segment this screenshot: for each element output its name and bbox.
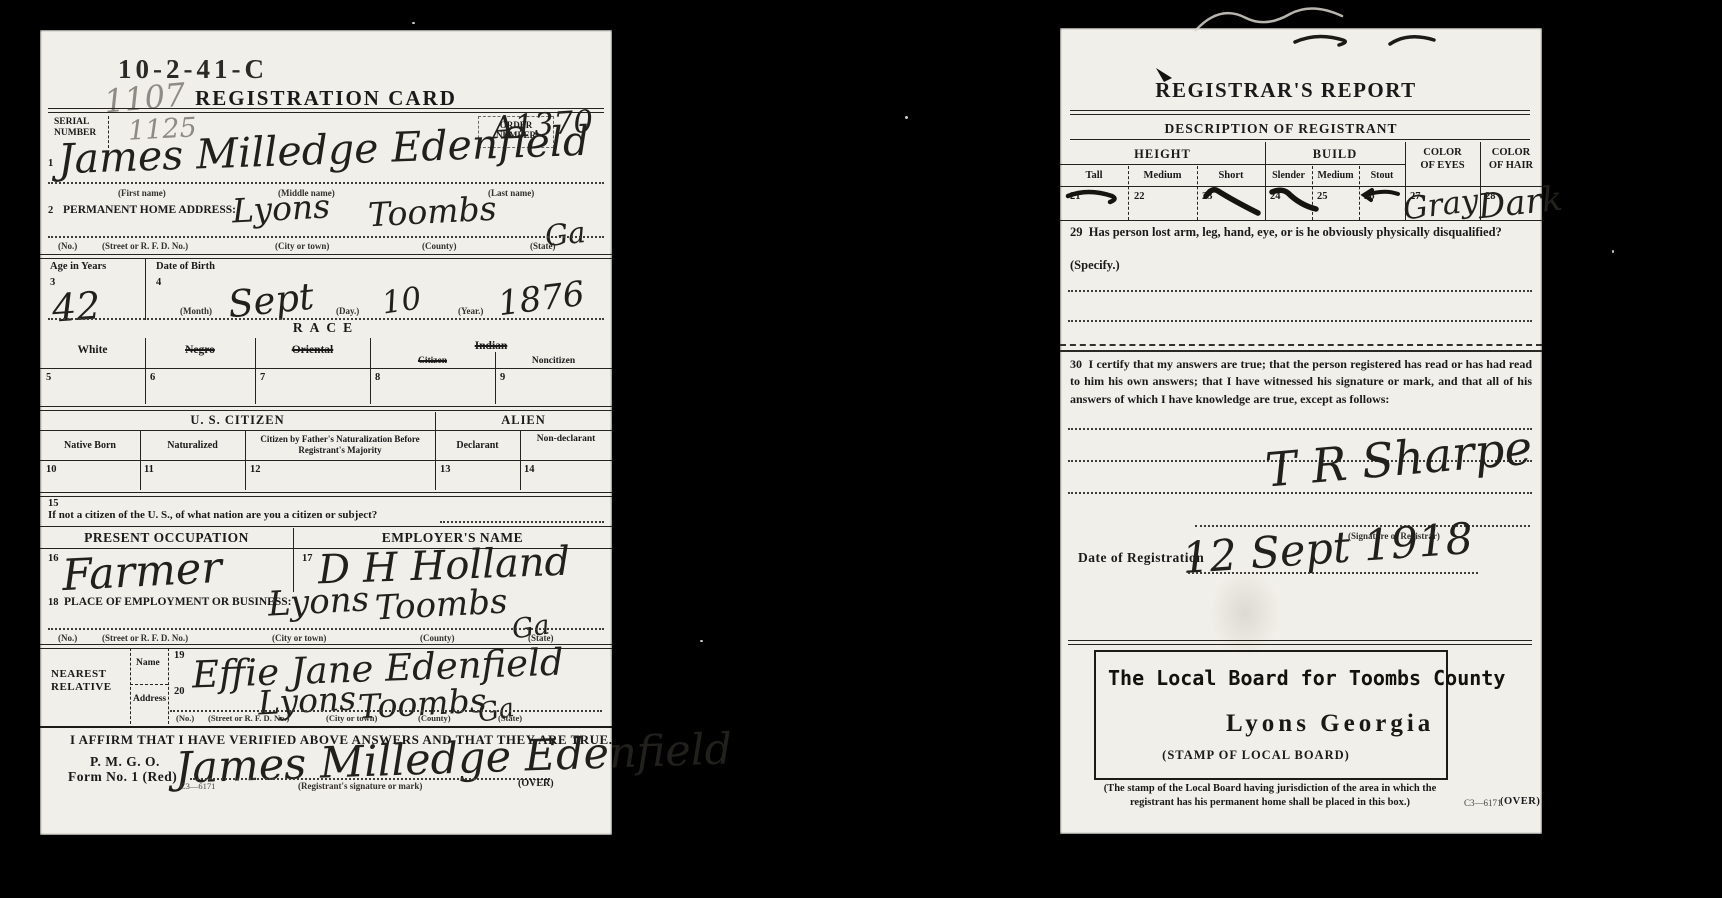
address-city-handwriting: Lyons (231, 189, 331, 227)
nearest-relative-label-line1: NEAREST (51, 668, 106, 680)
eyes-header: COLOR OF EYES (1405, 146, 1480, 172)
question-16-number: 16 (48, 553, 59, 564)
stamp-line-1: The Local Board for Toombs County (1108, 666, 1505, 690)
home-address-label: PERMANENT HOME ADDRESS: (63, 204, 236, 216)
relative-county-sublabel: (County) (418, 713, 451, 723)
question-18-number: 18 (48, 597, 59, 608)
native-born-label: Native Born (40, 440, 140, 451)
form-organization: P. M. G. O. (90, 754, 160, 770)
citizen-box-14-number: 14 (524, 464, 535, 475)
address-county-sublabel: (County) (422, 241, 457, 251)
dotted-line (190, 778, 550, 780)
nearest-relative-block: NEAREST RELATIVE Name Address 19 20 Effi… (40, 648, 612, 724)
divider (145, 258, 146, 320)
relative-state-sublabel: (State) (498, 713, 522, 723)
employment-city-sublabel: (City or town) (272, 633, 326, 643)
serial-label-line1: SERIAL (54, 117, 89, 127)
birth-day-handwriting: 10 (380, 283, 423, 319)
description-subtitle: DESCRIPTION OF REGISTRANT (1060, 121, 1502, 137)
question-2-number: 2 (48, 205, 53, 216)
divider (40, 726, 612, 728)
divider (130, 684, 168, 685)
naturalized-label: Naturalized (140, 440, 245, 451)
address-street-sublabel: (Street or R. F. D. No.) (102, 241, 188, 251)
day-sublabel: (Day.) (336, 306, 359, 316)
question-20-number: 20 (174, 686, 185, 697)
eyes-header-line2: OF EYES (1420, 160, 1464, 171)
form-print-code: C3—6171 (180, 781, 215, 791)
divider (130, 648, 131, 724)
divider (40, 460, 612, 461)
non-declarant-label: Non-declarant (524, 434, 608, 445)
over-label: (OVER) (518, 778, 554, 789)
race-indian-label: Indian (370, 340, 612, 352)
citizenship-table: U. S. CITIZEN ALIEN Native Born Naturali… (40, 412, 612, 490)
citizen-box-13-number: 13 (440, 464, 451, 475)
dotted-line (170, 710, 602, 712)
divider (1060, 220, 1542, 221)
dotted-line (1068, 290, 1532, 292)
race-section-title: RACE (40, 320, 612, 336)
dotted-line (48, 182, 604, 184)
pen-scribble (1190, 0, 1350, 34)
nearest-relative-label-line2: RELATIVE (51, 681, 112, 693)
divider (40, 254, 612, 259)
month-sublabel: (Month) (180, 306, 212, 316)
divider (40, 430, 612, 431)
divider (40, 368, 612, 369)
employment-street-sublabel: (Street or R. F. D. No.) (102, 633, 188, 643)
dotted-line (48, 236, 604, 238)
race-indian-citizen-label: Citizen (370, 356, 495, 366)
first-name-sublabel: (First name) (118, 188, 166, 198)
pen-marks (1060, 184, 1405, 220)
stamp-line-2: Lyons Georgia (1226, 710, 1434, 738)
question-29-number: 29 (1070, 225, 1083, 239)
race-box-9-number: 9 (500, 372, 505, 383)
employment-county-sublabel: (County) (420, 633, 455, 643)
dust-speck (700, 640, 703, 642)
question-29-body: Has person lost arm, leg, hand, eye, or … (1089, 225, 1502, 239)
question-29-text: 29 Has person lost arm, leg, hand, eye, … (1070, 223, 1532, 241)
question-17-number: 17 (302, 553, 313, 564)
relative-name-label: Name (136, 658, 160, 668)
citizen-box-11-number: 11 (144, 464, 154, 475)
dob-label: Date of Birth (156, 261, 215, 272)
divider (40, 526, 612, 527)
question-15-number: 15 (48, 498, 59, 509)
citizen-box-10-number: 10 (46, 464, 57, 475)
question-19-number: 19 (174, 650, 185, 661)
hair-header-line2: OF HAIR (1489, 160, 1533, 171)
year-sublabel: (Year.) (458, 306, 483, 316)
address-state-sublabel: (State) (530, 241, 556, 251)
stout-label: Stout (1359, 170, 1405, 181)
question-1-number: 1 (48, 158, 53, 169)
age-label: Age in Years (50, 261, 106, 272)
race-box-6-number: 6 (150, 372, 155, 383)
height-header: HEIGHT (1060, 147, 1265, 162)
form-number: Form No. 1 (Red) (68, 769, 177, 785)
address-county-handwriting: Toombs (367, 192, 497, 232)
race-table: White Negro Oriental Indian Citizen Nonc… (40, 338, 612, 404)
occupation-handwriting: Farmer (61, 547, 223, 598)
hair-color-handwriting: Dark (1476, 182, 1563, 225)
question-30-number: 30 (1070, 357, 1082, 371)
divider (40, 406, 612, 411)
dotted-line (440, 521, 604, 523)
divider (1068, 640, 1532, 645)
over-label: (OVER) (1500, 796, 1540, 807)
question-30-body: I certify that my answers are true; that… (1070, 357, 1532, 406)
description-table: HEIGHT BUILD COLOR OF EYES COLOR OF HAIR… (1060, 142, 1542, 220)
relative-city-sublabel: (City or town) (326, 713, 377, 723)
divider (1060, 164, 1405, 165)
slender-label: Slender (1265, 170, 1312, 181)
question-15-text: If not a citizen of the U. S., of what n… (48, 509, 377, 521)
registration-card-front: 10-2-41-C 1107 REGISTRATION CARD SERIAL … (40, 30, 612, 835)
registrars-report-back: REGISTRAR'S REPORT DESCRIPTION OF REGIST… (1060, 28, 1542, 834)
relative-address-label: Address (133, 694, 166, 704)
divider (1070, 110, 1530, 115)
dust-speck (412, 22, 415, 24)
citizen-by-father-label: Citizen by Father's Naturalization Befor… (248, 434, 432, 456)
divider (40, 492, 612, 497)
employment-city-handwriting: Lyons (267, 582, 370, 621)
height-medium-label: Medium (1128, 170, 1197, 181)
birth-month-handwriting: Sept (226, 278, 315, 324)
relative-no-sublabel: (No.) (176, 713, 194, 723)
divider (168, 648, 169, 724)
stamp-instructions-note: (The stamp of the Local Board having jur… (1086, 782, 1454, 809)
question-29-specify: (Specify.) (1070, 258, 1120, 273)
scanned-document-page: { "left": { "code": "10-2-41-C", "stamp_… (0, 0, 1722, 898)
citizen-box-12-number: 12 (250, 464, 261, 475)
race-box-7-number: 7 (260, 372, 265, 383)
address-no-sublabel: (No.) (58, 241, 77, 251)
hair-header: COLOR OF HAIR (1480, 146, 1542, 172)
dotted-line (48, 628, 604, 630)
race-negro-label: Negro (145, 344, 255, 356)
dust-speck (1612, 250, 1614, 253)
occupation-header: PRESENT OCCUPATION (40, 530, 293, 546)
build-header: BUILD (1265, 147, 1405, 162)
divider (1060, 344, 1542, 352)
tall-label: Tall (1060, 170, 1128, 181)
race-oriental-label: Oriental (255, 344, 370, 356)
alien-header: ALIEN (435, 413, 612, 428)
form-print-code: C3—6171 (1464, 798, 1502, 808)
race-box-5-number: 5 (46, 372, 51, 383)
race-indian-noncitizen-label: Noncitizen (495, 356, 612, 366)
race-box-8-number: 8 (375, 372, 380, 383)
short-label: Short (1197, 170, 1265, 181)
registrant-signature-label: (Registrant's signature or mark) (298, 781, 422, 791)
build-medium-label: Medium (1312, 170, 1359, 181)
report-title: REGISTRAR'S REPORT (1060, 78, 1512, 103)
dotted-line (1068, 320, 1532, 322)
employment-place-label: PLACE OF EMPLOYMENT OR BUSINESS: (64, 596, 291, 608)
race-white-label: White (40, 344, 145, 356)
local-board-stamp-box: The Local Board for Toombs County Lyons … (1094, 650, 1448, 780)
employment-no-sublabel: (No.) (58, 633, 77, 643)
divider (435, 412, 436, 490)
address-city-sublabel: (City or town) (275, 241, 329, 251)
divider (1070, 139, 1530, 140)
question-4-number: 4 (156, 277, 161, 288)
employment-county-handwriting: Toombs (374, 585, 508, 626)
question-30-text: 30 I certify that my answers are true; t… (1070, 356, 1532, 408)
dust-speck (905, 116, 908, 119)
birth-year-handwriting: 1876 (496, 277, 586, 321)
stamp-of-local-board-label: (STAMP OF LOCAL BOARD) (1096, 748, 1416, 763)
declarant-label: Declarant (435, 440, 520, 451)
registrar-signature-handwriting: T R Sharpe (1263, 424, 1534, 494)
relative-street-sublabel: (Street or R. F. D. No.) (208, 713, 289, 723)
eyes-header-line1: COLOR (1423, 147, 1462, 158)
hair-header-line1: COLOR (1492, 147, 1531, 158)
us-citizen-header: U. S. CITIZEN (40, 413, 435, 428)
